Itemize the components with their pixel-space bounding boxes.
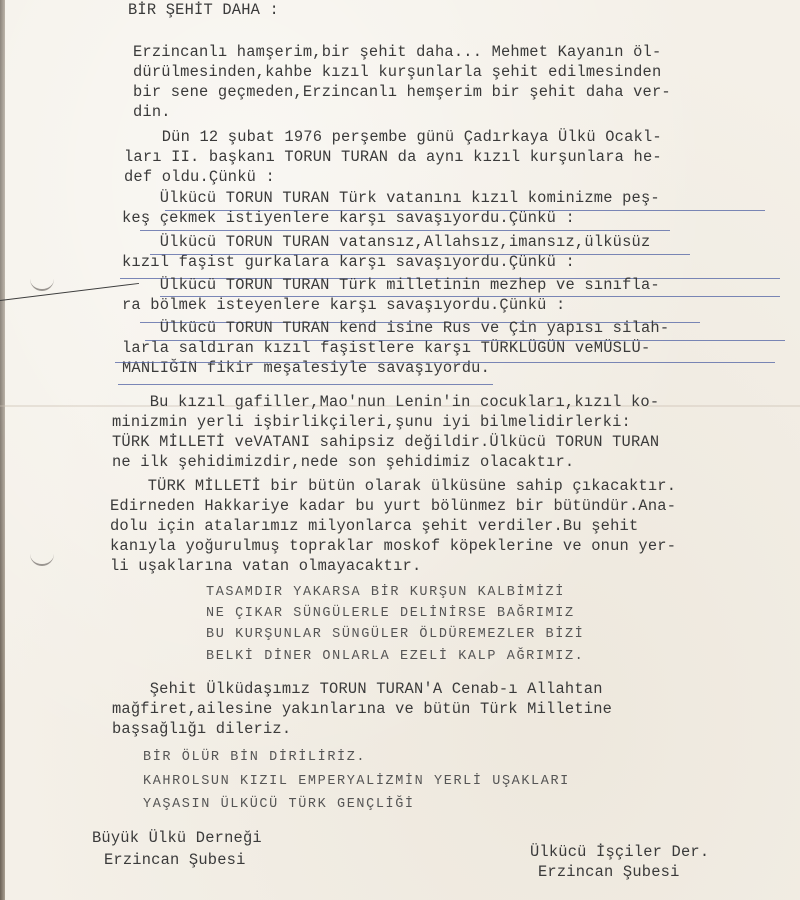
slogan-line: YAŞASIN ÜLKÜCÜ TÜRK GENÇLİĞİ xyxy=(143,795,415,815)
pen-underline xyxy=(145,340,785,341)
body-line: ra bölmek isteyenlere karşı savaşıyordu.… xyxy=(122,295,566,315)
pen-underline xyxy=(160,296,780,297)
poem-line: TASAMDIR YAKARSA BİR KURŞUN KALBİMİZİ xyxy=(206,583,565,603)
poem-line: NE ÇIKAR SÜNGÜLERLE DELİNİRSE BAĞRIMIZ xyxy=(206,604,575,624)
body-line: MANLIĞIN fikir meşalesiyle savaşıyordu. xyxy=(122,358,490,378)
punch-hole-mark xyxy=(30,552,54,566)
body-line: def oldu.Çünkü : xyxy=(124,167,275,187)
body-line: ne ilk şehidimizdir,nede son şehidimiz o… xyxy=(112,452,574,472)
signature-left-org: Büyük Ülkü Derneği xyxy=(92,828,262,848)
body-line: din. xyxy=(133,102,171,122)
body-line: kızıl faşist gurkalara karşı savaşıyordu… xyxy=(122,252,575,272)
body-line: li uşaklarına vatan olmayacaktır. xyxy=(110,556,421,576)
pen-underline xyxy=(115,362,775,363)
body-line: Erzincanlı hamşerim,bir şehit daha... Me… xyxy=(133,42,661,62)
body-line: keş çekmek istiyenlere karşı savaşıyordu… xyxy=(122,208,575,228)
body-line: Ülkücü TORUN TURAN kend isine Rus ve Çin… xyxy=(122,318,669,338)
condolence-line: mağfiret,ailesine yakınlarına ve bütün T… xyxy=(112,699,612,719)
slogan-line: BİR ÖLÜR BİN DİRİLİRİZ. xyxy=(143,748,366,768)
pen-underline xyxy=(150,254,690,255)
poem-line: BELKİ DİNER ONLARLA EZELİ KALP AĞRIMIZ. xyxy=(206,647,584,667)
body-line: Ülkücü TORUN TURAN Türk vatanını kızıl k… xyxy=(122,188,660,208)
body-line: minizmin yerli işbirlikçileri,şunu iyi b… xyxy=(112,412,631,432)
slogan-line: KAHROLSUN KIZIL EMPERYALİZMİN YERLİ UŞAK… xyxy=(143,772,570,792)
pen-underline xyxy=(118,384,493,385)
body-line: TÜRK MİLLETİ veVATANI sahipsiz değildir.… xyxy=(112,432,659,452)
body-line: TÜRK MİLLETİ bir bütün olarak ülküsüne s… xyxy=(110,476,676,496)
poem-line: BU KURŞUNLAR SÜNGÜLER ÖLDÜREMEZLER BİZİ xyxy=(206,625,584,645)
paper-edge xyxy=(0,0,5,900)
signature-left-branch: Erzincan Şubesi xyxy=(104,850,246,870)
signature-right-org: Ülkücü İşçiler Der. xyxy=(530,842,709,862)
body-line: Bu kızıl gafiller,Mao'nun Lenin'in cocuk… xyxy=(112,392,659,412)
body-line: Ülkücü TORUN TURAN Türk milletinin mezhe… xyxy=(122,275,660,295)
body-line: dolu için atalarımız milyonlarca şehit v… xyxy=(110,516,638,536)
body-line: Dün 12 şubat 1976 perşembe günü Çadırkay… xyxy=(124,127,662,147)
signature-right-branch: Erzincan Şubesi xyxy=(538,862,680,882)
condolence-line: Şehit Ülküdaşımız TORUN TURAN'A Cenab-ı … xyxy=(112,679,603,699)
body-line: larla saldıran kızıl faşistlere karşı TÜ… xyxy=(122,338,650,358)
body-line: ları II. başkanı TORUN TURAN da aynı kız… xyxy=(124,147,662,167)
body-line: dürülmesinden,kahbe kızıl kurşunlarla şe… xyxy=(133,62,661,82)
stray-pen-mark xyxy=(0,283,139,301)
letter-title: BİR ŞEHİT DAHA : xyxy=(128,0,279,20)
body-line: Ülkücü TORUN TURAN vatansız,Allahsız,ima… xyxy=(122,232,650,252)
pen-underline xyxy=(140,230,670,231)
punch-hole-mark xyxy=(30,277,54,291)
pen-underline xyxy=(165,210,765,211)
condolence-line: başsağlığı dileriz. xyxy=(112,719,291,739)
body-line: kanıyla yoğurulmuş topraklar moskof köpe… xyxy=(110,536,676,556)
body-line: bir sene geçmeden,Erzincanlı hemşerim bi… xyxy=(133,82,671,102)
body-line: Edirneden Hakkariye kadar bu yurt bölünm… xyxy=(110,496,676,516)
